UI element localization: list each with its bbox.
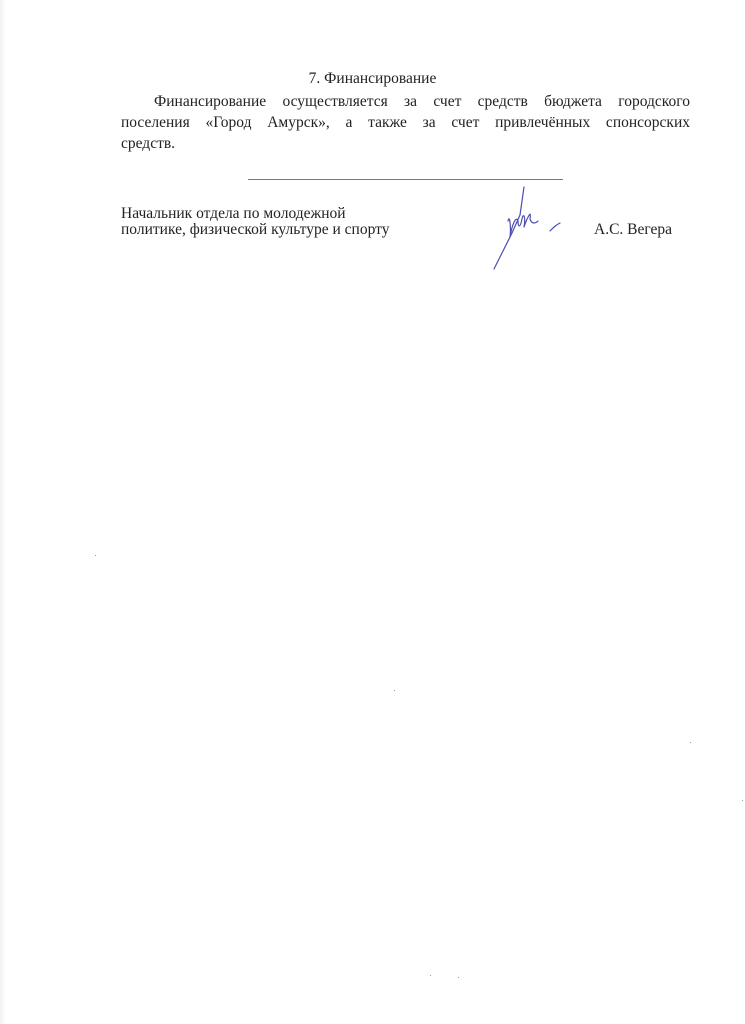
paragraph-line-2: поселения «Город Амурск», а также за сче… <box>121 112 690 133</box>
signer-position: Начальник отдела по молодежной политике,… <box>121 206 389 238</box>
scan-speck <box>690 742 691 743</box>
signer-name: А.С. Вегера <box>594 221 672 239</box>
scan-speck <box>95 555 96 556</box>
signer-position-line-1: Начальник отдела по молодежной <box>121 206 389 222</box>
section-heading: 7. Финансирование <box>0 70 745 88</box>
horizontal-rule <box>248 179 563 180</box>
paragraph-line-3: средств. <box>121 133 690 154</box>
paragraph-line-1: Финансирование осуществляется за счет ср… <box>121 91 690 112</box>
scan-speck <box>394 690 395 691</box>
signer-position-line-2: политике, физической культуре и спорту <box>121 222 389 238</box>
scan-speck <box>742 800 743 801</box>
page-edge <box>0 0 6 1024</box>
scan-speck <box>430 975 431 976</box>
scan-speck <box>458 977 459 978</box>
handwritten-signature-icon <box>480 185 570 275</box>
